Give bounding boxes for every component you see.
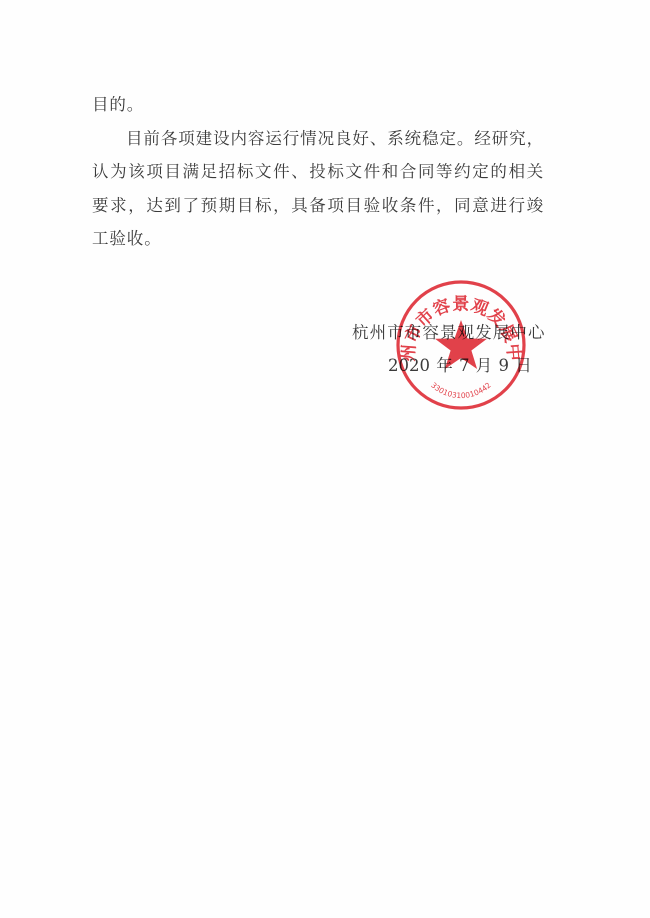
official-seal-icon: 杭州市市容景观发展中心 33010310010442 xyxy=(394,278,528,412)
svg-text:33010310010442: 33010310010442 xyxy=(429,380,493,400)
signature-organization: 杭州市市容景观发展中心 xyxy=(352,322,546,344)
paragraph-continuation: 目的。 xyxy=(92,88,544,122)
seal-arc-text: 杭州市市容景观发展中心 xyxy=(394,278,524,362)
document-page: 目的。 目前各项建设内容运行情况良好、系统稳定。经研究，认为该项目满足招标文件、… xyxy=(0,0,650,918)
svg-text:杭州市市容景观发展中心: 杭州市市容景观发展中心 xyxy=(394,278,524,362)
signature-date: 2020 年 7 月 9 日 xyxy=(388,355,532,377)
paragraph-conclusion: 目前各项建设内容运行情况良好、系统稳定。经研究，认为该项目满足招标文件、投标文件… xyxy=(92,122,544,256)
seal-number: 33010310010442 xyxy=(429,380,493,400)
document-body: 目的。 目前各项建设内容运行情况良好、系统稳定。经研究，认为该项目满足招标文件、… xyxy=(92,88,544,256)
